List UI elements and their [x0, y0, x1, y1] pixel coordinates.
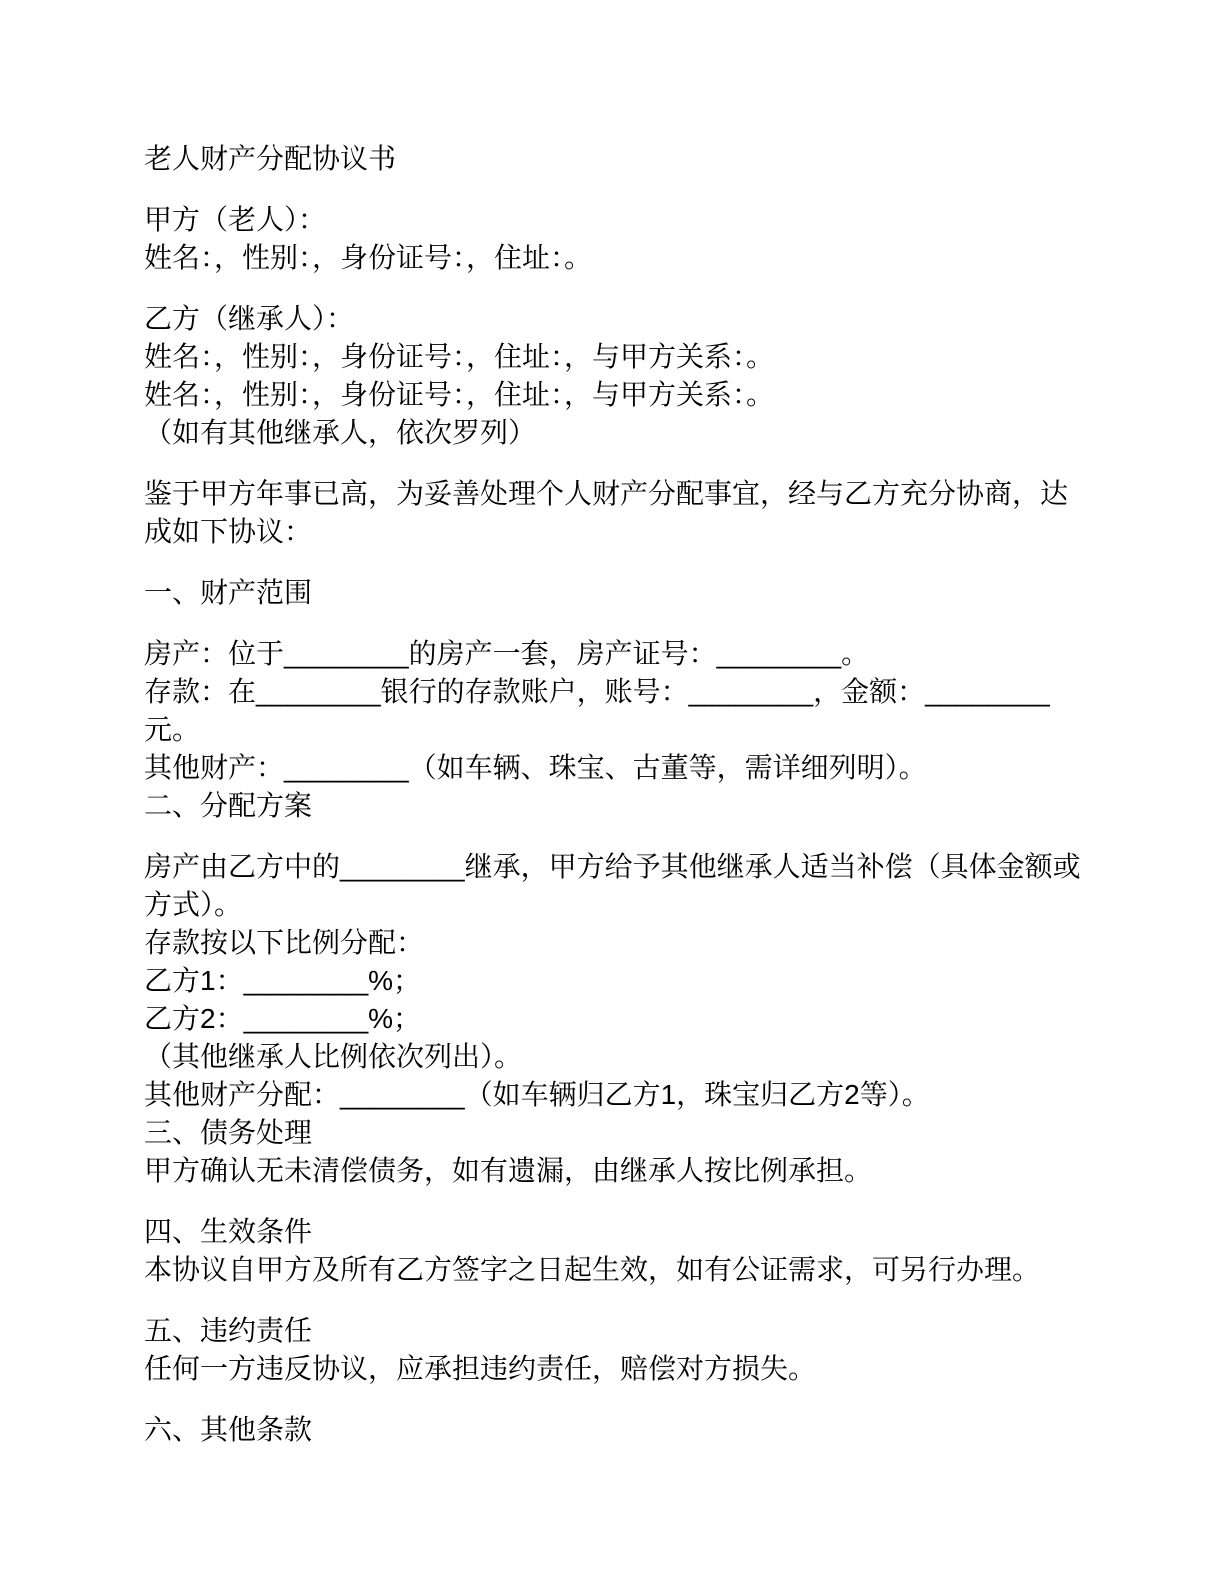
section-1-heading: 一、财产范围 [144, 574, 1084, 612]
effectiveness-statement-line: 本协议自甲方及所有乙方签字之日起生效，如有公证需求，可另行办理。 [144, 1254, 1040, 1285]
document-title: 老人财产分配协议书 [144, 140, 1084, 178]
party-b-heir2-identity-line: 姓名：，性别：，身份证号：，住址：，与甲方关系：。 [144, 379, 774, 410]
title-text: 老人财产分配协议书 [144, 143, 396, 174]
section-6-heading-text: 六、其他条款 [144, 1414, 312, 1445]
heir1-ratio-line: 乙方1：________%； [144, 965, 421, 996]
property-deposit-line: 存款：在________银行的存款账户，账号：________，金额：_____… [144, 676, 1050, 745]
preamble-text: 鉴于甲方年事已高，为妥善处理个人财产分配事宜，经与乙方充分协商，达成如下协议： [144, 478, 1068, 547]
section-2-heading-text: 二、分配方案 [144, 790, 312, 821]
document-page: 老人财产分配协议书 甲方（老人）：姓名：，性别：，身份证号：，住址：。 乙方（继… [0, 0, 1224, 1584]
section-2-content: 房产由乙方中的________继承，甲方给予其他继承人适当补偿（具体金额或方式）… [144, 848, 1084, 1190]
party-a-identity-line: 姓名：，性别：，身份证号：，住址：。 [144, 242, 592, 273]
section-6-heading: 六、其他条款 [144, 1411, 1084, 1449]
property-other-line: 其他财产：________（如车辆、珠宝、古董等，需详细列明）。 [144, 752, 927, 783]
section-1-heading-text: 一、财产范围 [144, 577, 312, 608]
party-b-section: 乙方（继承人）：姓名：，性别：，身份证号：，住址：，与甲方关系：。姓名：，性别：… [144, 300, 1084, 452]
heir2-ratio-line: 乙方2：________%； [144, 1003, 421, 1034]
property-house-line: 房产：位于________的房产一套，房产证号：________。 [144, 638, 869, 669]
section-3-heading-text: 三、债务处理 [144, 1117, 312, 1148]
deposit-ratio-intro-line: 存款按以下比例分配： [144, 927, 424, 958]
party-a-section: 甲方（老人）：姓名：，性别：，身份证号：，住址：。 [144, 201, 1084, 277]
party-a-label: 甲方（老人）： [144, 204, 326, 235]
section-1-content: 房产：位于________的房产一套，房产证号：________。存款：在___… [144, 635, 1084, 825]
other-property-distribution-line: 其他财产分配：________（如车辆归乙方1，珠宝归乙方2等）。 [144, 1079, 930, 1110]
debt-statement-line: 甲方确认无未清偿债务，如有遗漏，由继承人按比例承担。 [144, 1155, 872, 1186]
house-distribution-line: 房产由乙方中的________继承，甲方给予其他继承人适当补偿（具体金额或方式）… [144, 851, 1081, 920]
party-b-note: （如有其他继承人，依次罗列） [144, 417, 536, 448]
other-heirs-ratio-note: （其他继承人比例依次列出）。 [144, 1041, 522, 1072]
section-4: 四、生效条件本协议自甲方及所有乙方签字之日起生效，如有公证需求，可另行办理。 [144, 1213, 1084, 1289]
party-b-heir1-identity-line: 姓名：，性别：，身份证号：，住址：，与甲方关系：。 [144, 341, 774, 372]
section-5-heading-text: 五、违约责任 [144, 1315, 312, 1346]
breach-statement-line: 任何一方违反协议，应承担违约责任，赔偿对方损失。 [144, 1353, 816, 1384]
party-b-label: 乙方（继承人）： [144, 303, 354, 334]
section-5: 五、违约责任任何一方违反协议，应承担违约责任，赔偿对方损失。 [144, 1312, 1084, 1388]
section-4-heading-text: 四、生效条件 [144, 1216, 312, 1247]
preamble: 鉴于甲方年事已高，为妥善处理个人财产分配事宜，经与乙方充分协商，达成如下协议： [144, 475, 1084, 551]
